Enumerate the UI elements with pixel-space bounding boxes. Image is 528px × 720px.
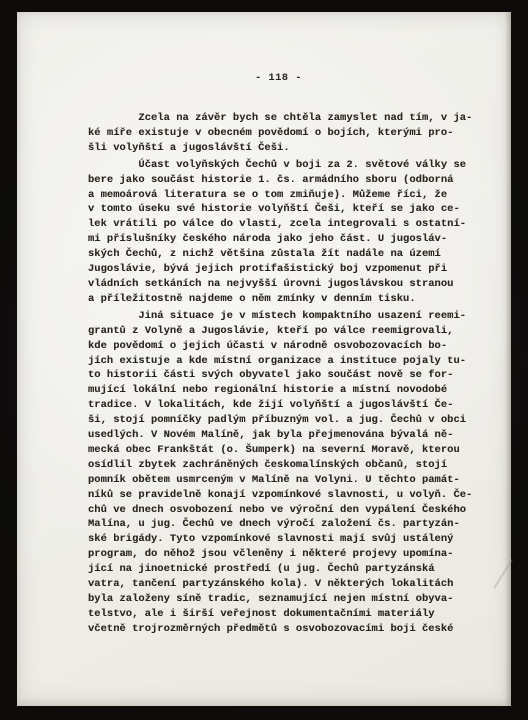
scan-backdrop: { "document": { "page_number": "- 118 -"…	[0, 0, 528, 720]
paragraph-conclusion-intro: Zcela na závěr bych se chtěla zamyslet n…	[88, 111, 488, 156]
scanned-page: - 118 - Zcela na závěr bych se chtěla za…	[17, 12, 511, 706]
page-number: - 118 -	[255, 71, 302, 86]
typewritten-text-block: Zcela na závěr bych se chtěla zamyslet n…	[88, 111, 488, 637]
paragraph-reemigrant-localities: Jiná situace je v místech kompaktního us…	[88, 309, 488, 637]
page-edge-shadow	[505, 12, 511, 706]
paragraph-volhynian-czechs: Účast volyňských Čechů v boji za 2. svět…	[88, 158, 488, 307]
